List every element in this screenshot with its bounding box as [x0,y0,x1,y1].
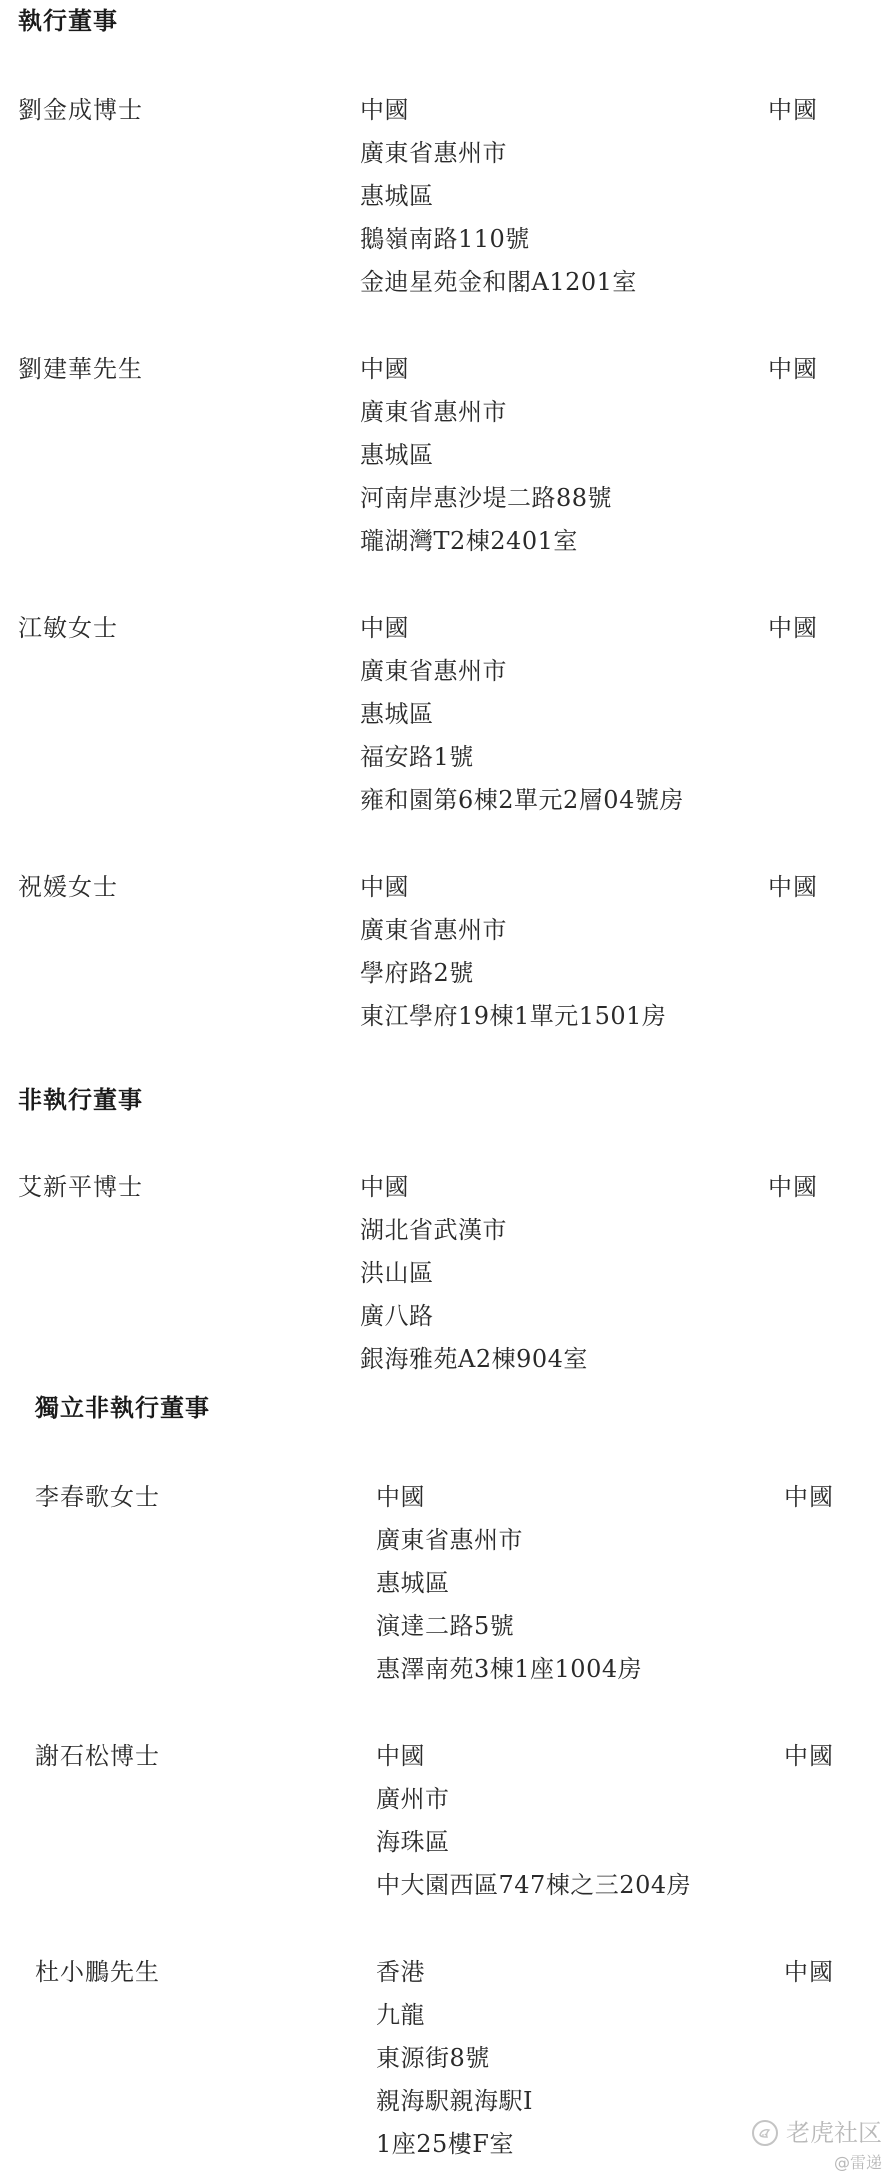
director-name: 艾新平博士 [18,1172,143,1202]
address-line: 廣東省惠州市 [360,915,666,958]
tiger-logo-icon [752,2120,778,2146]
address-line: 洪山區 [360,1258,588,1301]
watermark: 老虎社区 @雷递 [752,2118,882,2174]
director-name: 謝石松博士 [35,1741,160,1771]
address-line: 惠澤南苑3棟1座1004房 [376,1654,642,1697]
director-nationality: 中國 [784,1957,834,1987]
address-line: 鵝嶺南路110號 [360,224,637,267]
address-line: 中國 [360,613,684,656]
director-nationality: 中國 [768,354,818,384]
tiger-logo-glyph-icon [757,2125,773,2141]
director-name: 劉金成博士 [18,95,143,125]
address-line: 廣八路 [360,1301,588,1344]
director-address: 中國 廣東省惠州市 惠城區 河南岸惠沙堤二路88號 瓏湖灣T2棟2401室 [360,354,612,569]
address-line: 廣東省惠州市 [360,656,684,699]
address-line: 中大園西區747棟之三204房 [376,1870,691,1913]
director-address: 中國 廣州市 海珠區 中大園西區747棟之三204房 [376,1741,691,1913]
director-name: 杜小鵬先生 [35,1957,160,1987]
director-name: 李春歌女士 [35,1482,160,1512]
address-line: 1座25樓F室 [376,2129,533,2172]
section-heading-non-executive-directors: 非執行董事 [18,1085,143,1115]
director-name: 劉建華先生 [18,354,143,384]
address-line: 東江學府19棟1單元1501房 [360,1001,666,1044]
address-line: 廣東省惠州市 [360,138,637,181]
address-line: 廣東省惠州市 [376,1525,642,1568]
address-line: 河南岸惠沙堤二路88號 [360,483,612,526]
director-name: 祝媛女士 [18,872,118,902]
address-line: 東源街8號 [376,2043,533,2086]
address-line: 中國 [360,95,637,138]
address-line: 香港 [376,1957,533,2000]
address-line: 廣東省惠州市 [360,397,612,440]
director-address: 中國 廣東省惠州市 惠城區 福安路1號 雍和園第6棟2單元2層04號房 [360,613,684,828]
address-line: 金迪星苑金和閣A1201室 [360,267,637,310]
director-nationality: 中國 [784,1482,834,1512]
director-address: 中國 湖北省武漢市 洪山區 廣八路 銀海雅苑A2棟904室 [360,1172,588,1387]
address-line: 雍和園第6棟2單元2層04號房 [360,785,684,828]
watermark-brand: 老虎社区 [786,2118,882,2148]
director-address: 中國 廣東省惠州市 惠城區 演達二路5號 惠澤南苑3棟1座1004房 [376,1482,642,1697]
director-address: 香港 九龍 東源街8號 親海駅親海駅I 1座25樓F室 [376,1957,533,2172]
address-line: 惠城區 [360,440,612,483]
address-line: 中國 [360,354,612,397]
director-nationality: 中國 [768,95,818,125]
address-line: 湖北省武漢市 [360,1215,588,1258]
address-line: 海珠區 [376,1827,691,1870]
address-line: 中國 [376,1482,642,1525]
director-address: 中國 廣東省惠州市 學府路2號 東江學府19棟1單元1501房 [360,872,666,1044]
director-nationality: 中國 [768,872,818,902]
address-line: 學府路2號 [360,958,666,1001]
director-nationality: 中國 [784,1741,834,1771]
address-line: 中國 [360,872,666,915]
address-line: 親海駅親海駅I [376,2086,533,2129]
watermark-brand-row: 老虎社区 [752,2118,882,2148]
section-heading-independent-non-executive-directors: 獨立非執行董事 [35,1393,210,1423]
director-nationality: 中國 [768,613,818,643]
director-address: 中國 廣東省惠州市 惠城區 鵝嶺南路110號 金迪星苑金和閣A1201室 [360,95,637,310]
address-line: 福安路1號 [360,742,684,785]
address-line: 廣州市 [376,1784,691,1827]
address-line: 惠城區 [376,1568,642,1611]
address-line: 銀海雅苑A2棟904室 [360,1344,588,1387]
address-line: 中國 [360,1172,588,1215]
watermark-handle: @雷递 [752,2152,882,2174]
address-line: 中國 [376,1741,691,1784]
section-heading-executive-directors: 執行董事 [18,6,118,36]
address-line: 九龍 [376,2000,533,2043]
director-nationality: 中國 [768,1172,818,1202]
address-line: 演達二路5號 [376,1611,642,1654]
address-line: 惠城區 [360,699,684,742]
address-line: 瓏湖灣T2棟2401室 [360,526,612,569]
address-line: 惠城區 [360,181,637,224]
director-name: 江敏女士 [18,613,118,643]
